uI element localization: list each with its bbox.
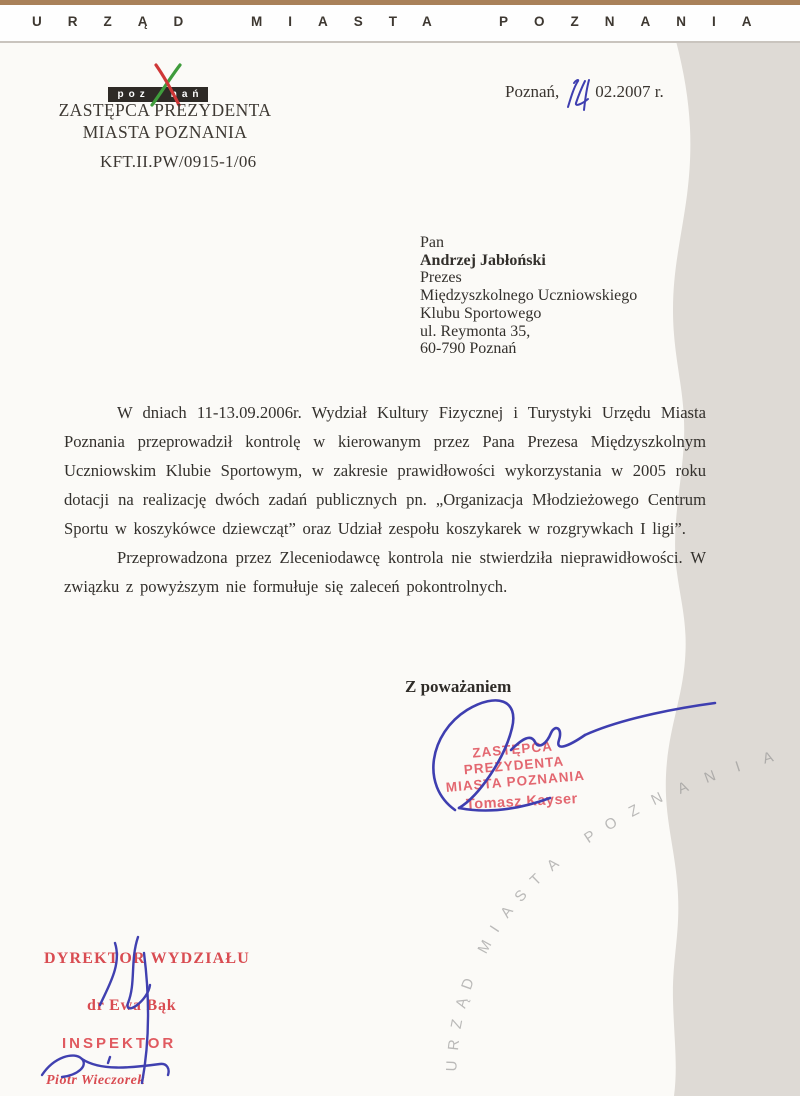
vice-president-signature <box>395 685 725 820</box>
office-title: ZASTĘPCA PREZYDENTA MIASTA POZNANIA <box>55 99 275 143</box>
recipient-org-line1: Międzyszkolnego Uczniowskiego <box>420 287 637 305</box>
poznan-logo-text-left: poz <box>113 90 150 100</box>
handwritten-day <box>563 78 593 112</box>
scanned-letter-page: URZĄDMIASTAPOZNANIA URZĄD MIASTA POZNANI… <box>0 0 800 1096</box>
header-band-title: URZĄD MIASTA POZNANIA <box>32 14 778 29</box>
recipient-org-line2: Klubu Sportowego <box>420 305 637 323</box>
office-title-line1: ZASTĘPCA PREZYDENTA <box>55 99 275 121</box>
recipient-salutation: Pan <box>420 234 637 252</box>
dateline-city: Poznań, <box>505 82 559 102</box>
recipient-block: Pan Andrzej Jabłoński Prezes Międzyszkol… <box>420 234 637 358</box>
recipient-name: Andrzej Jabłoński <box>420 252 637 270</box>
recipient-street: ul. Reymonta 35, <box>420 323 637 341</box>
header-band: URZĄD MIASTA POZNANIA <box>0 5 800 43</box>
body-paragraph-2: Przeprowadzona przez Zleceniodawcę kontr… <box>64 543 706 601</box>
recipient-city: 60-790 Poznań <box>420 340 637 358</box>
dateline: Poznań, 02.2007 r. <box>505 82 664 112</box>
body-paragraph-1: W dniach 11-13.09.2006r. Wydział Kultury… <box>64 398 706 543</box>
letter-body: W dniach 11-13.09.2006r. Wydział Kultury… <box>64 398 706 601</box>
footer-signatures <box>20 925 280 1095</box>
dateline-rest: 02.2007 r. <box>595 82 663 102</box>
reference-number: KFT.II.PW/0915-1/06 <box>100 152 256 172</box>
office-title-line2: MIASTA POZNANIA <box>55 121 275 143</box>
recipient-title: Prezes <box>420 269 637 287</box>
